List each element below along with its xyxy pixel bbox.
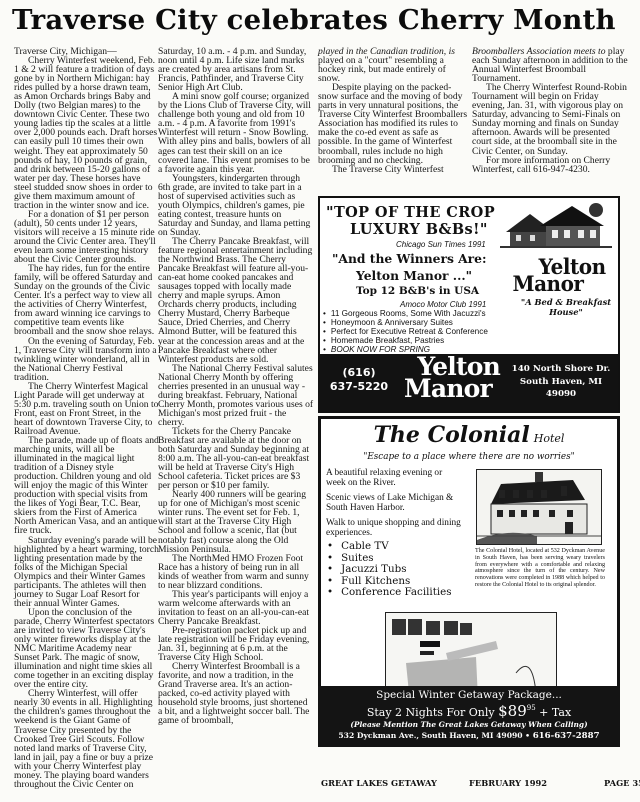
- description-item: Scenic views of Lake Michigan & South Ha…: [326, 494, 464, 513]
- package-price: $8995: [498, 702, 536, 720]
- footer-publication: GREAT LAKES GETAWAY: [321, 778, 437, 788]
- paragraph: The hay rides, fun for the entire family…: [14, 264, 159, 336]
- hotel-description: A beautiful relaxing evening or week on …: [326, 469, 464, 545]
- paragraph: Despite playing on the packed-snow surfa…: [318, 83, 470, 164]
- amenity-item: Jacuzzi Tubs: [327, 564, 452, 576]
- paragraph: For a donation of $1 per person (adult),…: [14, 210, 159, 264]
- yelton-manor-logo-inverse: Yelton Manor: [404, 356, 500, 400]
- paragraph: Tickets for the Cherry Pancake Breakfast…: [158, 427, 314, 490]
- address-line: South Haven, MI: [506, 376, 616, 389]
- package-contact: 532 Dyckman Ave., South Haven, MI 49090 …: [318, 731, 620, 741]
- package-note: (Please Mention The Great Lakes Getaway …: [318, 720, 620, 729]
- hotel-title: The Colonial Hotel: [321, 422, 617, 448]
- description-item: Walk to unique shopping and dining exper…: [326, 519, 464, 538]
- hotel-motto: "Escape to a place where there are no wo…: [321, 452, 617, 462]
- package-title: Special Winter Getaway Package...: [318, 689, 620, 701]
- paragraph: Cherry Winterfest, will offer nearly 30 …: [14, 689, 159, 789]
- winners-headline: "And the Winners Are:: [332, 251, 487, 266]
- description-item: A beautiful relaxing evening or week on …: [326, 469, 464, 488]
- lead-rest: played on a "court" resembling a hockey …: [318, 55, 446, 84]
- paragraph: Upon the conclusion of the parade, Cherr…: [14, 608, 159, 689]
- package-offer: Stay 2 Nights For Only $8995 + Tax: [318, 702, 620, 720]
- phone-area-code: (616): [326, 366, 392, 380]
- paragraph: The Cherry Pancake Breakfast, will featu…: [158, 237, 314, 364]
- ad-headline: "TOP OF THE CROP IN: [326, 204, 521, 221]
- paragraph: Cherry Winterfest weekend, Feb. 1 & 2 wi…: [14, 56, 159, 210]
- quote-source: Chicago Sun Times 1991: [396, 240, 486, 249]
- amenity-item: Cable TV: [327, 541, 452, 553]
- offer-text: Stay 2 Nights For Only: [367, 706, 498, 719]
- paragraph: The Traverse City Winterfest: [318, 165, 470, 174]
- amenities-list: Cable TV Suites Jacuzzi Tubs Full Kitche…: [327, 541, 452, 599]
- address: 140 North Shore Dr. South Haven, MI 4909…: [506, 363, 616, 401]
- paragraph: Nearly 400 runners will be gearing up fo…: [158, 490, 314, 553]
- footer-page-number: PAGE 35: [604, 778, 640, 788]
- article-column-1: Traverse City, Michigan— Cherry Winterfe…: [14, 47, 159, 789]
- offer-suffix: + Tax: [536, 706, 571, 719]
- photo-caption: The Colonial Hotel, located at 532 Dyckm…: [475, 548, 605, 589]
- paragraph: On the evening of Saturday, Feb. 1, Trav…: [14, 337, 159, 382]
- article-column-2: Saturday, 10 a.m. - 4 p.m. and Sunday, n…: [158, 47, 314, 726]
- amenity-item: Conference Facilities: [327, 587, 452, 599]
- footer-date: FEBRUARY 1992: [469, 778, 547, 788]
- price-dollars: $89: [498, 702, 527, 720]
- paragraph: Broomballers Association meets to play e…: [472, 47, 630, 83]
- ad-contact-bar: (616) 637-5220 Yelton Manor 140 North Sh…: [320, 354, 618, 411]
- tagline: "A Bed & Breakfast House": [518, 297, 614, 317]
- award-text: Top 12 B&B's in USA: [356, 285, 479, 297]
- winter-package-banner: Special Winter Getaway Package... Stay 2…: [318, 686, 620, 747]
- article-headline: Traverse City celebrates Cherry Month: [12, 4, 632, 36]
- paragraph: Saturday evening's parade will be highli…: [14, 536, 159, 608]
- house-illustration: [500, 202, 612, 250]
- hotel-address: 532 Dyckman Ave., South Haven, MI 49090 …: [338, 731, 532, 740]
- address-line: 49090: [506, 388, 616, 401]
- winners-headline: Yelton Manor ...": [356, 268, 472, 283]
- paragraph: A mini snow golf course; organized by th…: [158, 92, 314, 173]
- paragraph: Pre-registration packet pick up and late…: [158, 626, 314, 662]
- quote-source: Amoco Motor Club 1991: [400, 300, 486, 309]
- hotel-phone: 616-637-2887: [533, 731, 600, 741]
- paragraph: The NorthMed HMO Frozen Foot Race has a …: [158, 554, 314, 590]
- paragraph: The Cherry Winterfest Round-Robin Tourna…: [472, 83, 630, 155]
- phone-digits: 637-5220: [326, 380, 392, 394]
- paragraph: This year's participants will enjoy a wa…: [158, 590, 314, 626]
- paragraph: The Cherry Winterfest Magical Light Para…: [14, 382, 159, 436]
- paragraph: Saturday, 10 a.m. - 4 p.m. and Sunday, n…: [158, 47, 314, 92]
- article-column-4: Broomballers Association meets to play e…: [472, 47, 630, 174]
- paragraph: The parade, made up of floats and marchi…: [14, 436, 159, 536]
- paragraph: played in the Canadian tradition, is pla…: [318, 47, 470, 83]
- price-cents: 95: [527, 704, 536, 712]
- paragraph: The National Cherry Festival salutes Nat…: [158, 364, 314, 427]
- feature-list: 11 Gorgeous Rooms, Some With Jacuzzi's H…: [323, 310, 488, 355]
- paragraph: For more information on Cherry Winterfes…: [472, 156, 630, 174]
- yelton-manor-ad: "TOP OF THE CROP IN LUXURY B&Bs!" Chicag…: [318, 196, 620, 413]
- yelton-manor-logo: Yelton Manor: [513, 258, 608, 292]
- logo-line: Manor: [404, 378, 500, 400]
- ad-top-section: "TOP OF THE CROP IN LUXURY B&Bs!" Chicag…: [320, 198, 618, 354]
- paragraph: Cherry Winterfest Broomball is a favorit…: [158, 662, 314, 725]
- article-column-3: played in the Canadian tradition, is pla…: [318, 47, 470, 174]
- phone-number: (616) 637-5220: [326, 366, 392, 394]
- hotel-name: The Colonial: [374, 422, 530, 448]
- hotel-exterior-photo: [476, 469, 602, 545]
- address-line: 140 North Shore Dr.: [506, 363, 616, 376]
- hotel-sub: Hotel: [534, 432, 565, 445]
- ad-headline: LUXURY B&Bs!": [350, 221, 488, 238]
- paragraph: Youngsters, kindergarten through 6th gra…: [158, 174, 314, 237]
